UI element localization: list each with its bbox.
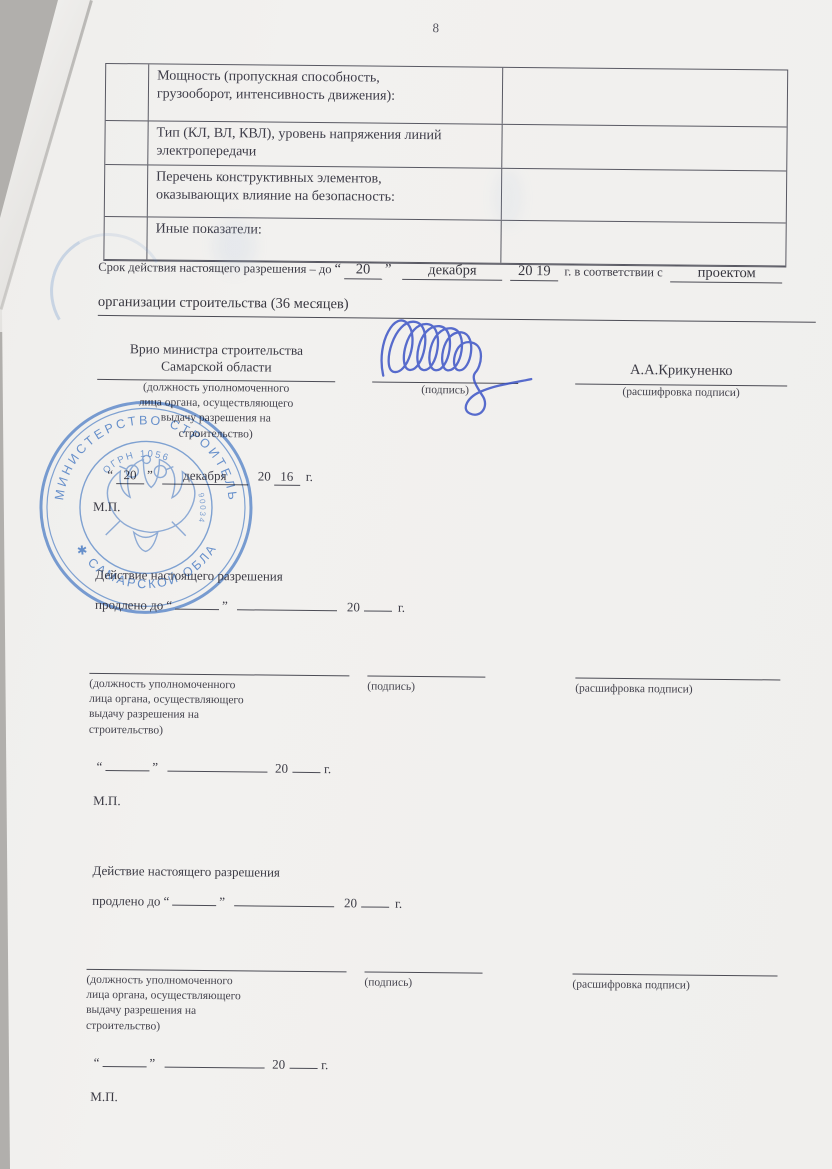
table-cell-index bbox=[105, 121, 148, 164]
stamp-ogrn-text2: 90034 bbox=[196, 492, 207, 525]
validity-month: декабря bbox=[402, 262, 502, 281]
close-quote: ” bbox=[146, 1055, 158, 1071]
close-quote: ” bbox=[149, 759, 161, 775]
table-cell-value bbox=[501, 221, 785, 266]
table-cell-value bbox=[502, 169, 786, 223]
position-caption: (должность уполномоченного лица органа, … bbox=[89, 673, 350, 740]
position-caption: (должность уполномоченного лица органа, … bbox=[86, 969, 347, 1036]
indicators-table: Мощность (пропускная способность, грузоо… bbox=[103, 63, 788, 268]
extension-title: Действие настоящего разрешения bbox=[92, 863, 280, 881]
table-cell-value bbox=[503, 68, 788, 127]
signatory-name: А.А.Крикуненко bbox=[575, 346, 787, 387]
issue-year: 16 bbox=[274, 469, 300, 486]
page-number: 8 bbox=[433, 20, 440, 36]
extension-date-line: продлено до “ ” 20 г. bbox=[92, 893, 402, 912]
seal-place-label: М.П. bbox=[90, 1089, 118, 1105]
validity-day: 20 bbox=[344, 261, 382, 279]
signing-date-line: “ ” 20 г. bbox=[93, 759, 331, 777]
signing-date-line: “ ” 20 г. bbox=[91, 1055, 329, 1073]
open-quote: “ bbox=[91, 1055, 103, 1071]
table-cell-label: Тип (КЛ, ВЛ, КВЛ), уровень напряжения ли… bbox=[148, 121, 502, 167]
table-row: Перечень конструктивных элементов, оказы… bbox=[105, 165, 786, 224]
table-cell-label: Перечень конструктивных элементов, оказы… bbox=[148, 165, 502, 219]
document-content: 8 Мощность (пропускная способность, груз… bbox=[0, 0, 832, 1169]
extension-block: Действие настоящего разрешения продлено … bbox=[90, 863, 793, 1135]
issue-suffix: г. bbox=[306, 469, 313, 485]
signature-ink bbox=[369, 296, 550, 426]
validity-basis: проектом bbox=[671, 264, 783, 283]
close-quote: ” bbox=[382, 262, 395, 279]
extension-title: Действие настоящего разрешения bbox=[95, 567, 283, 585]
table-row: Тип (КЛ, ВЛ, КВЛ), уровень напряжения ли… bbox=[105, 121, 786, 172]
table-cell-label: Мощность (пропускная способность, грузоо… bbox=[149, 64, 504, 123]
signature-caption: (подпись) bbox=[367, 676, 485, 696]
open-quote: “ bbox=[163, 598, 175, 614]
validity-year: 20 19 bbox=[510, 263, 558, 281]
table-row: Мощность (пропускная способность, грузоо… bbox=[106, 64, 788, 128]
seal-place-label: М.П. bbox=[93, 793, 121, 809]
extension-block: Действие настоящего разрешения продлено … bbox=[93, 567, 796, 839]
open-quote: “ bbox=[331, 261, 344, 278]
table-cell-value bbox=[502, 125, 786, 171]
name-caption: (расшифровка подписи) bbox=[575, 678, 780, 699]
signatory-name-column: А.А.Крикуненко (расшифровка подписи) bbox=[575, 346, 788, 402]
signature-caption: (подпись) bbox=[364, 972, 482, 992]
close-quote: ” bbox=[216, 894, 228, 910]
open-quote: “ bbox=[93, 759, 105, 775]
name-caption: (расшифровка подписи) bbox=[575, 385, 787, 402]
svg-text:90034: 90034 bbox=[196, 492, 207, 525]
table-cell-label: Иные показатели: bbox=[147, 217, 501, 262]
table-cell-index bbox=[105, 165, 148, 216]
close-quote: ” bbox=[219, 598, 231, 614]
signatory-position: Врио министра строительства Самарской об… bbox=[97, 341, 335, 382]
table-cell-index bbox=[106, 64, 150, 120]
double-headed-eagle-icon bbox=[106, 455, 196, 552]
name-caption: (расшифровка подписи) bbox=[572, 974, 777, 995]
open-quote: “ bbox=[160, 894, 172, 910]
extension-date-line: продлено до “ ” 20 г. bbox=[95, 597, 405, 616]
validity-middle: г. в соответствии с bbox=[564, 264, 662, 280]
